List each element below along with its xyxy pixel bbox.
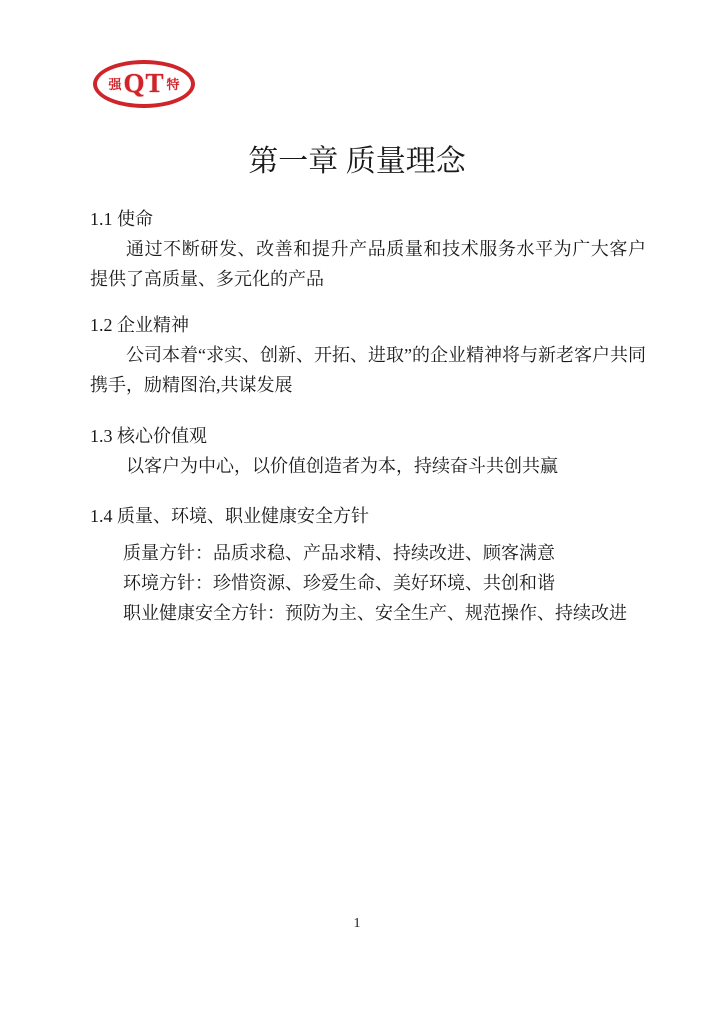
document-body: 1.1 使命 通过不断研发、改善和提升产品质量和技术服务水平为广大客户提供了高质… [90,204,646,628]
logo-qt-text: QT [123,70,164,97]
logo-right-char: 特 [167,78,180,91]
document-page: 强 QT 特 第一章 质量理念 1.1 使命 通过不断研发、改善和提升产品质量和… [0,0,714,1010]
company-logo: 强 QT 特 [93,60,195,108]
section-paragraph: 公司本着“求实、创新、开拓、进取”的企业精神将与新老客户共同携手，励精图治,共谋… [90,340,646,400]
policy-safety: 职业健康安全方针：预防为主、安全生产、规范操作、持续改进 [90,598,646,628]
section-paragraph: 通过不断研发、改善和提升产品质量和技术服务水平为广大客户提供了高质量、多元化的产… [90,234,646,294]
section-heading: 1.2 企业精神 [90,310,646,340]
section-mission: 1.1 使命 通过不断研发、改善和提升产品质量和技术服务水平为广大客户提供了高质… [90,204,646,294]
section-heading: 1.3 核心价值观 [90,421,646,451]
section-core-values: 1.3 核心价值观 以客户为中心，以价值创造者为本，持续奋斗共创共赢 [90,421,646,481]
logo-left-char: 强 [108,78,121,91]
policy-environment: 环境方针：珍惜资源、珍爱生命、美好环境、共创和谐 [90,568,646,598]
section-policies: 1.4 质量、环境、职业健康安全方针 质量方针：品质求稳、产品求精、持续改进、顾… [90,501,646,628]
policy-list: 质量方针：品质求稳、产品求精、持续改进、顾客满意 环境方针：珍惜资源、珍爱生命、… [90,538,646,628]
page-number: 1 [0,916,714,932]
section-heading: 1.1 使命 [90,204,646,234]
chapter-title: 第一章 质量理念 [0,136,714,180]
section-heading: 1.4 质量、环境、职业健康安全方针 [90,501,646,531]
section-enterprise-spirit: 1.2 企业精神 公司本着“求实、创新、开拓、进取”的企业精神将与新老客户共同携… [90,310,646,400]
policy-quality: 质量方针：品质求稳、产品求精、持续改进、顾客满意 [90,538,646,568]
section-paragraph: 以客户为中心，以价值创造者为本，持续奋斗共创共赢 [90,451,646,481]
